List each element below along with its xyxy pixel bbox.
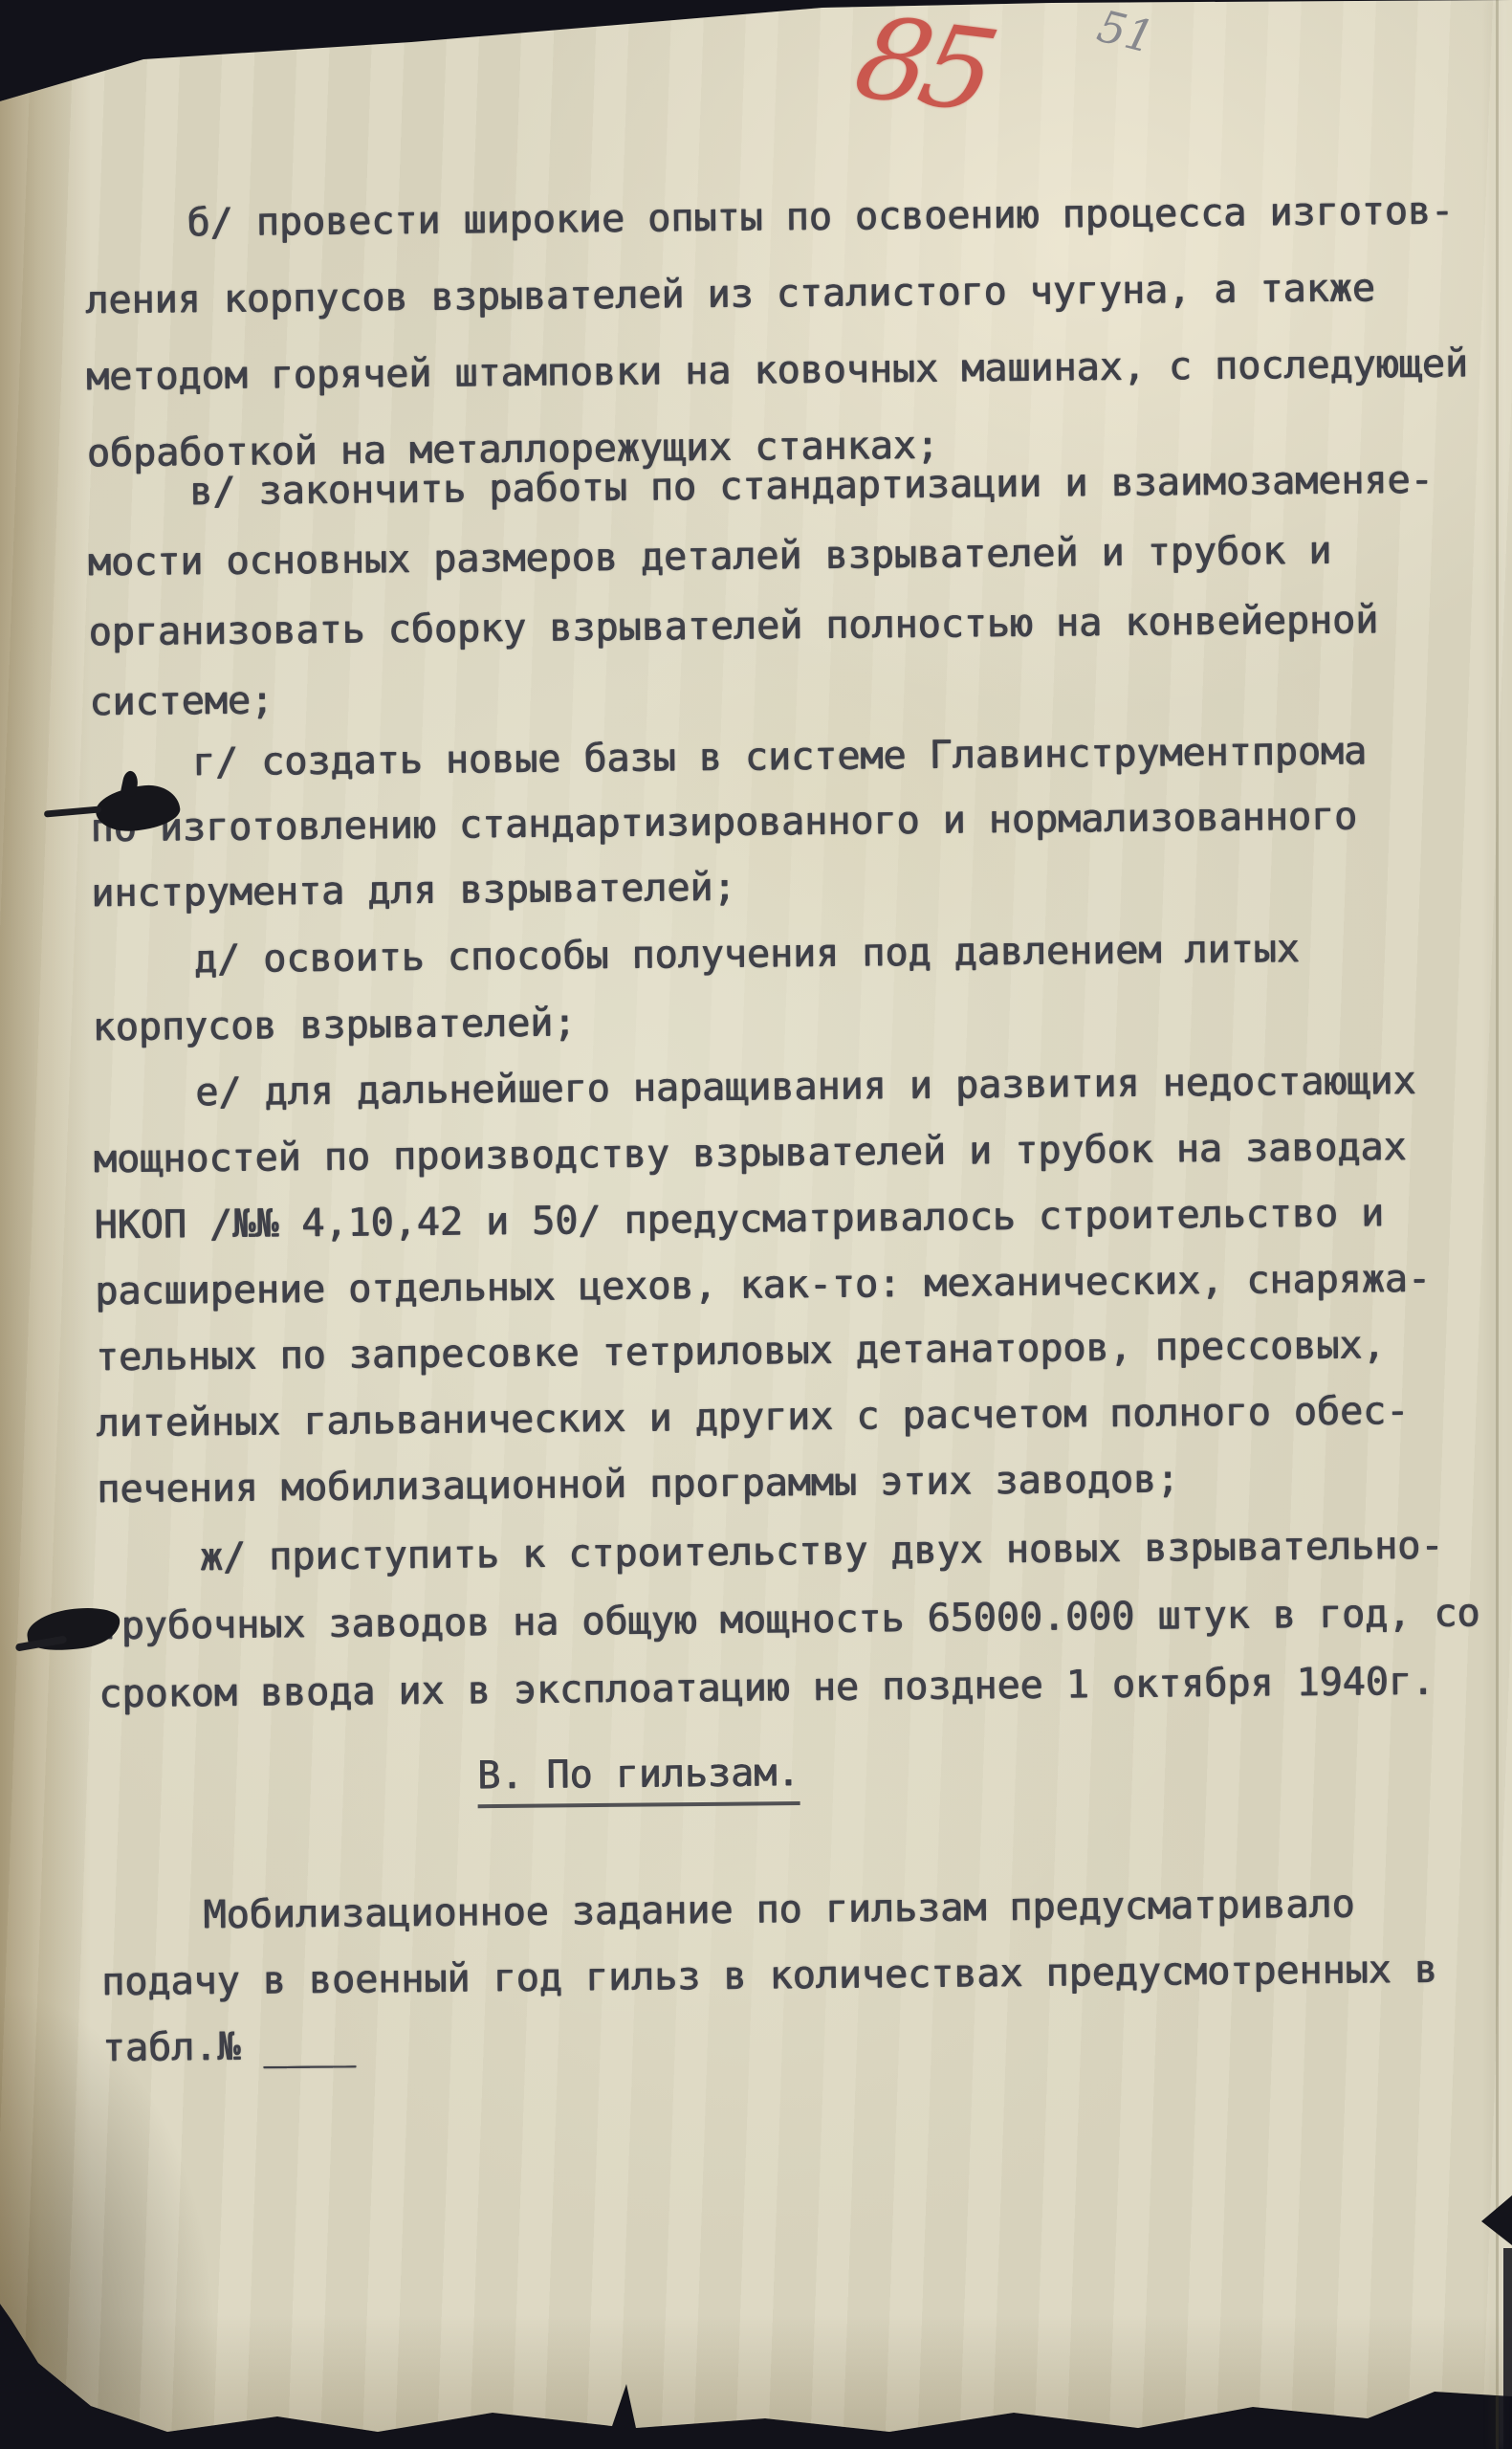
text-line: сроком ввода их в эксплоатацию не поздне… (99, 1647, 1505, 1729)
paragraph-g: г/ создать новые базы в системе Главинст… (90, 717, 1498, 926)
text-line: в/ закончить работы по стандартизации и … (87, 445, 1494, 528)
typewritten-text: б/ провести широкие опыты по освоению пр… (0, 0, 1512, 2449)
paragraph-e: е/ для дальнейшего наращивания и развити… (93, 1048, 1503, 1523)
paragraph-b: б/ провести широкие опыты по освоению пр… (84, 172, 1493, 492)
text-line: д/ освоить способы получения под давлени… (92, 914, 1499, 994)
text-line: печения мобилизационной программы этих з… (97, 1444, 1503, 1523)
text-line: б/ провести широкие опыты по освоению пр… (84, 172, 1491, 262)
scanned-archival-page: { "colors": { "paper": "#dcd7c1", "typew… (0, 0, 1512, 2449)
text-line: ления корпусов взрывателей из сталистого… (85, 249, 1492, 339)
section-heading-row: В. По гильзам. (99, 1744, 1505, 1812)
text-line: подачу в военный год гильз в количествах… (101, 1936, 1508, 2016)
text-line: мости основных размеров деталей взрывате… (88, 515, 1495, 598)
paragraph-closing: Мобилизационное задание по гильзам преду… (100, 1870, 1508, 2082)
text-line: организовать сборку взрывателей полность… (88, 585, 1495, 668)
text-line: литейных гальванических и других с расче… (96, 1378, 1502, 1457)
text-line: табл.№ ____ (102, 2002, 1509, 2082)
text-line: методом горячей штамповки на ковочных ма… (86, 325, 1493, 415)
section-heading: В. По гильзам. (477, 1751, 800, 1808)
text-line: инструмента для взрывателей; (91, 848, 1498, 926)
paragraph-v: в/ закончить работы по стандартизации и … (87, 445, 1496, 738)
text-line: по изготовлению стандартизированного и н… (90, 783, 1497, 861)
paragraph-zh: ж/ приступить к строительству двух новых… (98, 1511, 1505, 1729)
paragraph-d: д/ освоить способы получения под давлени… (92, 914, 1499, 1061)
